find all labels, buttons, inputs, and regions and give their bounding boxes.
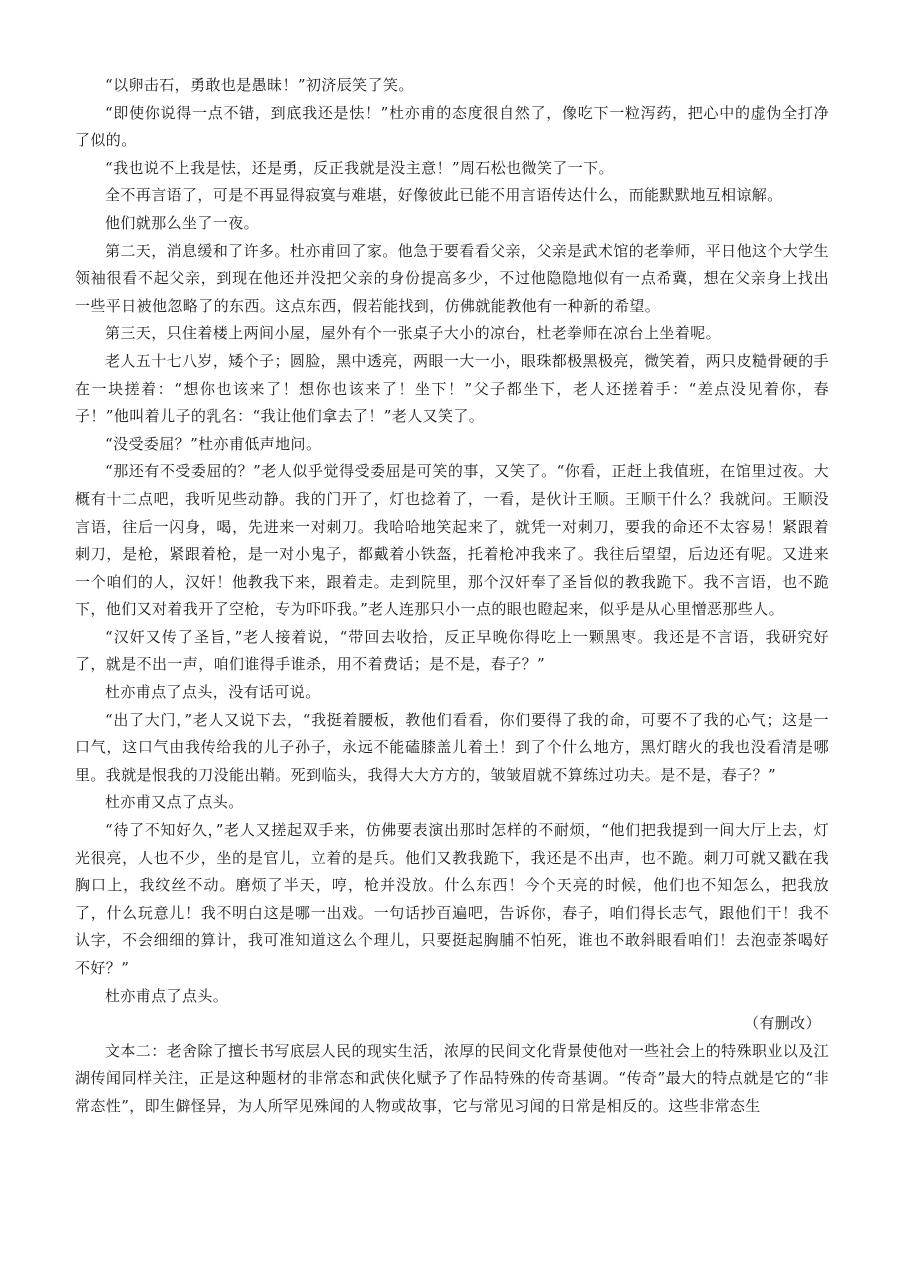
paragraph: 杜亦甫又点了点头。 bbox=[75, 789, 829, 817]
paragraph: 老人五十七八岁，矮个子；圆脸，黑中透亮，两眼一大一小，眼珠都极黑极亮，微笑着，两… bbox=[75, 348, 829, 431]
paragraph: “那还有不受委屈的？”老人似乎觉得受委屈是可笑的事，又笑了。“你看，正赶上我值班… bbox=[75, 458, 829, 624]
paragraph: 第二天，消息缓和了许多。杜亦甫回了家。他急于要看看父亲，父亲是武术馆的老拳师，平… bbox=[75, 238, 829, 321]
paragraph: 杜亦甫点了点头，没有话可说。 bbox=[75, 679, 829, 707]
paragraph: “待了不知好久，”老人又搓起双手来，仿佛要表演出那时怎样的不耐烦，“他们把我提到… bbox=[75, 817, 829, 983]
paragraph: 第三天，只住着楼上两间小屋，屋外有个一张桌子大小的凉台，杜老拳师在凉台上坐着呢。 bbox=[75, 320, 829, 348]
paragraph: “出了大门，”老人又说下去，“我挺着腰板，教他们看看，你们要得了我的命，可要不了… bbox=[75, 707, 829, 790]
paragraph: “我也说不上我是怯，还是勇，反正我就是没主意！”周石松也微笑了一下。 bbox=[75, 155, 829, 183]
paragraph: “以卵击石，勇敢也是愚昧！”初济辰笑了笑。 bbox=[75, 72, 829, 100]
paragraph: “即使你说得一点不错，到底我还是怯！”杜亦甫的态度很自然了，像吃下一粒泻药，把心… bbox=[75, 100, 829, 155]
paragraph: “没受委屈？”杜亦甫低声地问。 bbox=[75, 431, 829, 459]
paragraph: “汉奸又传了圣旨，”老人接着说，“带回去收拾，反正早晚你得吃上一颗黑枣。我还是不… bbox=[75, 624, 829, 679]
paragraph: 全不再言语了，可是不再显得寂寞与难堪，好像彼此已能不用言语传达什么，而能默默地互… bbox=[75, 182, 829, 210]
paragraph: 杜亦甫点了点头。 bbox=[75, 983, 829, 1011]
document-page: “以卵击石，勇敢也是愚昧！”初济辰笑了笑。 “即使你说得一点不错，到底我还是怯！… bbox=[75, 72, 829, 1121]
paragraph: 他们就那么坐了一夜。 bbox=[75, 210, 829, 238]
source-note: （有删改） bbox=[75, 1010, 829, 1038]
text-two-paragraph: 文本二：老舍除了擅长书写底层人民的现实生活，浓厚的民间文化背景使他对一些社会上的… bbox=[75, 1038, 829, 1121]
